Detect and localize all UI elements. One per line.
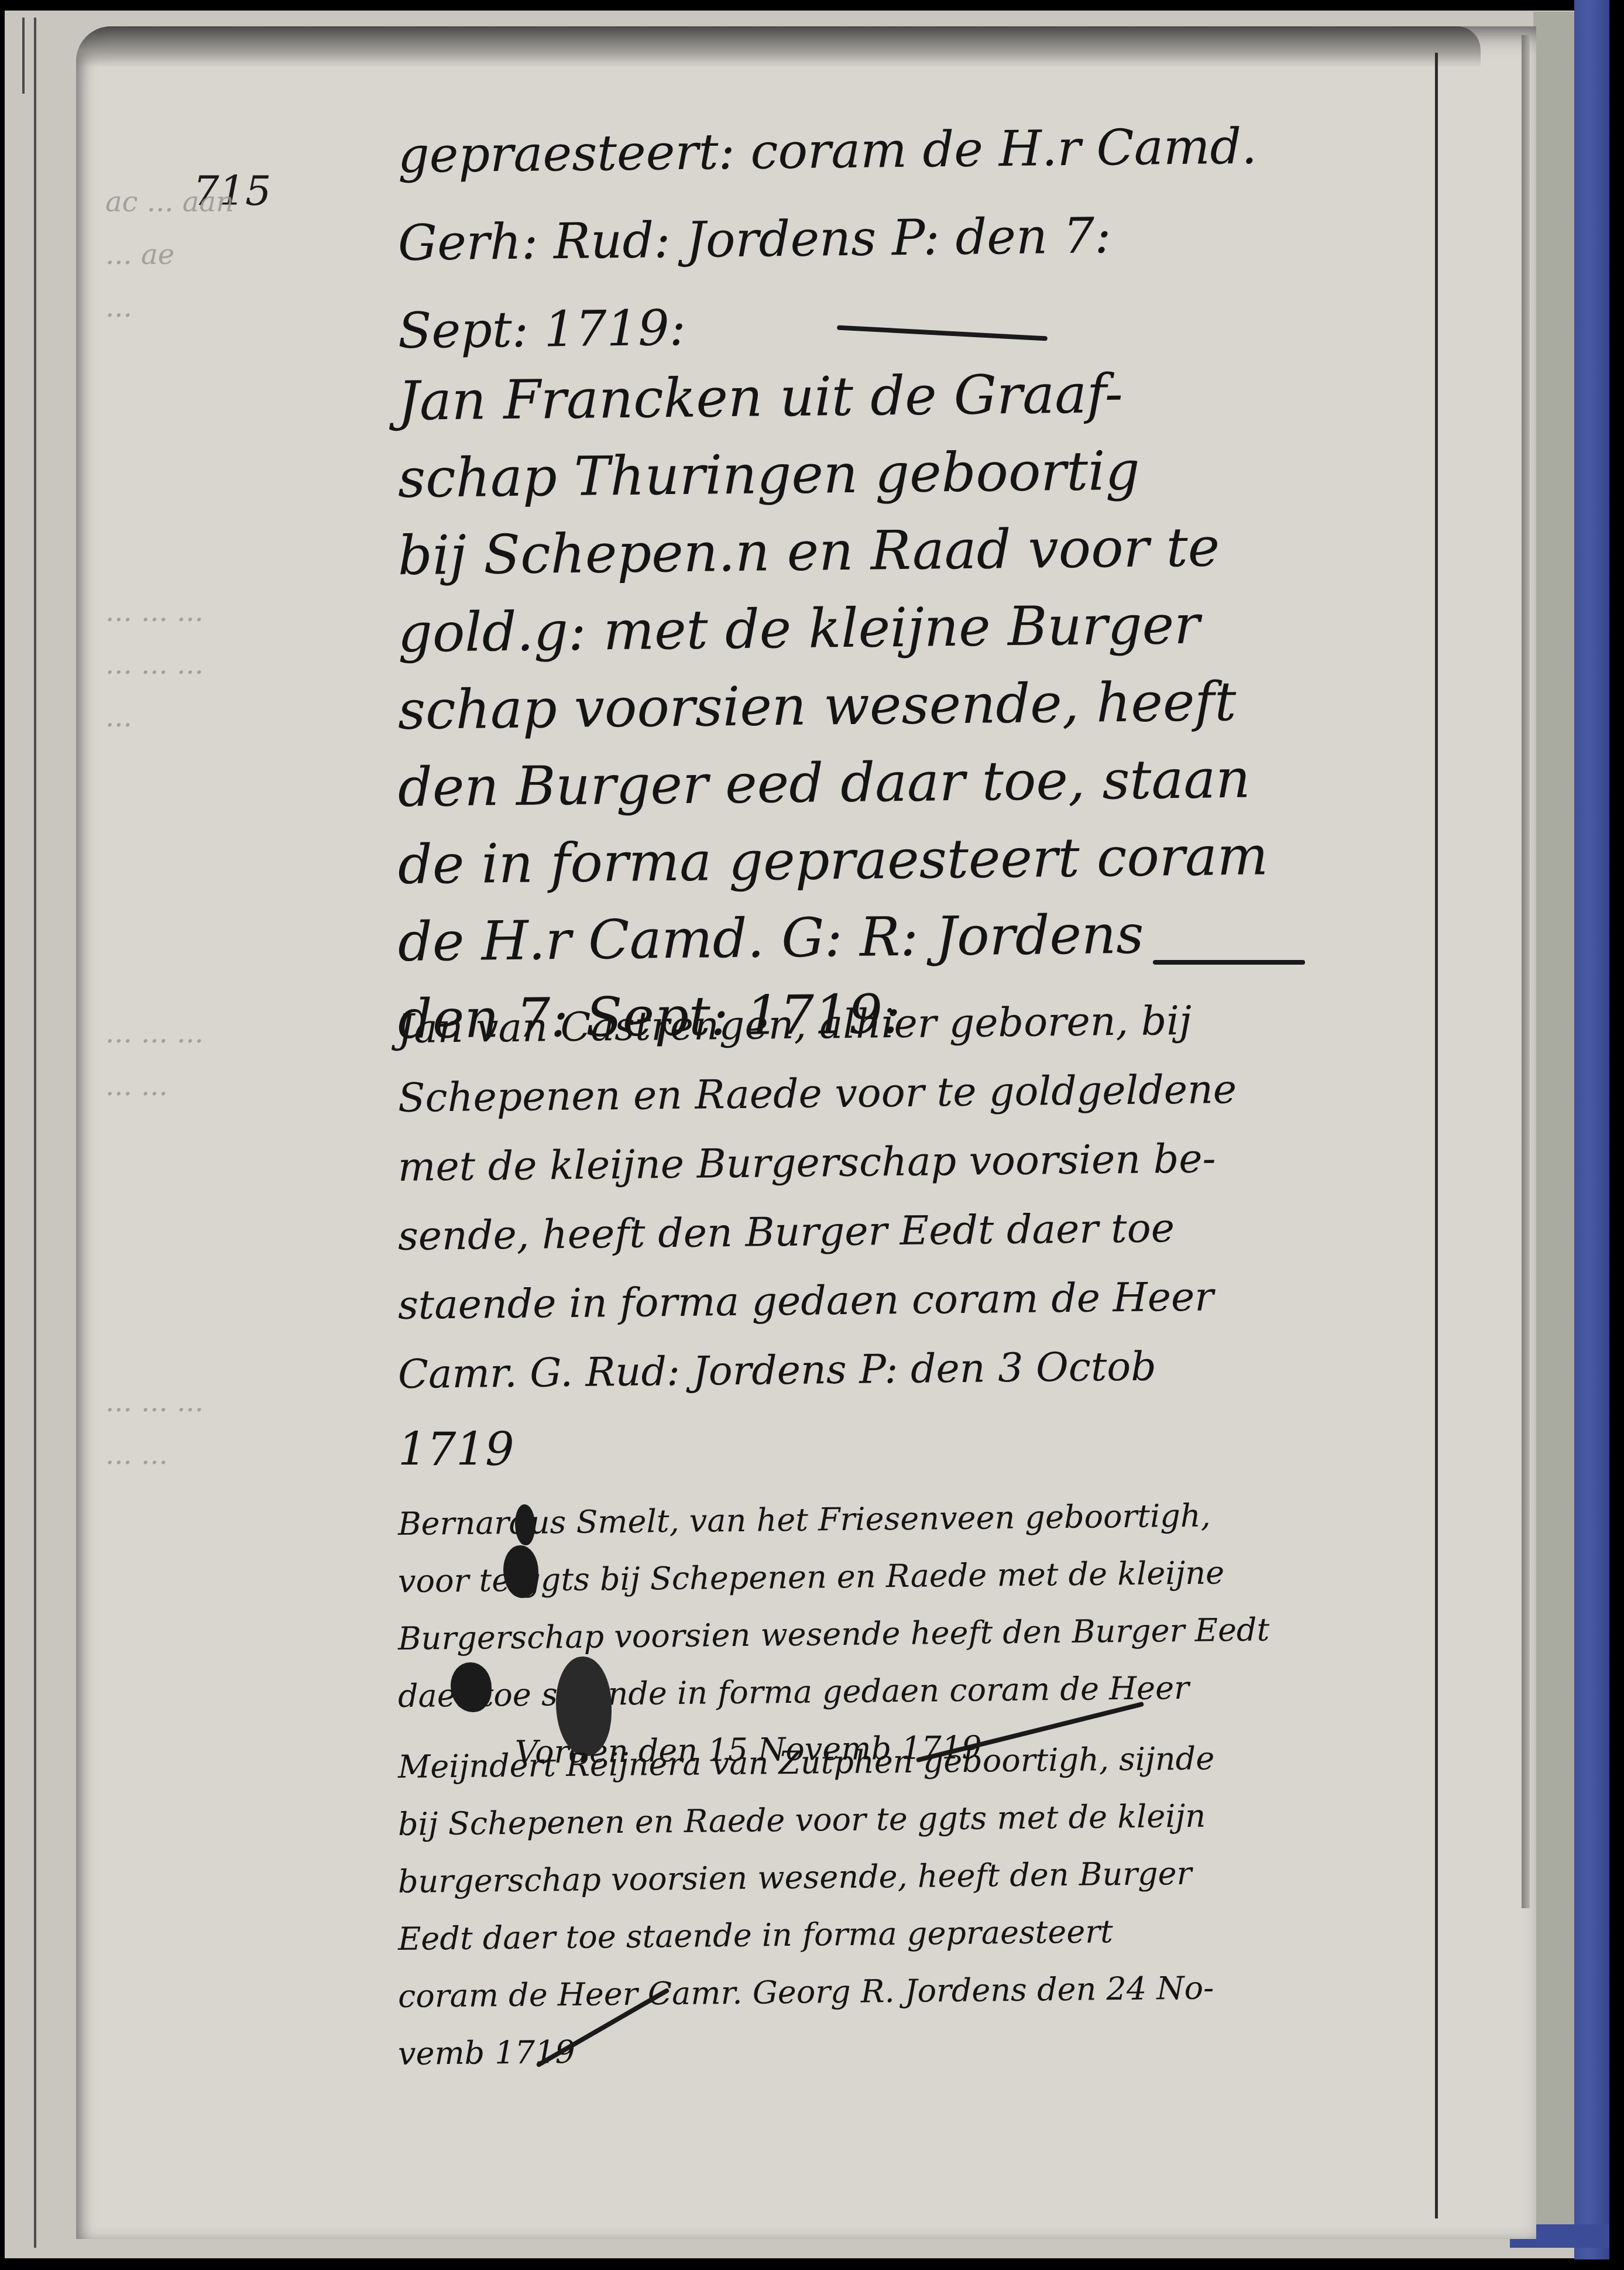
faded-line: ... ... xyxy=(105,1438,168,1471)
entry-line: Meijndert Reijnera van Zutphen geboortig… xyxy=(397,1727,1440,1796)
date-underline-flourish xyxy=(1153,960,1305,965)
entry-line: Schepenen en Raede voor te goldgeldene xyxy=(397,1053,1440,1133)
faded-margin-block-1: ac ... aan ... ae ... xyxy=(105,176,363,334)
entry-line: de in forma gepraesteert coram xyxy=(397,815,1440,904)
entry-line: Burgerschap voorsien wesende heeft den B… xyxy=(397,1599,1440,1668)
register-entry-jan-francken: Jan Francken uit de Graaf- schap Thuring… xyxy=(398,363,1440,1058)
mount-rule-line-2 xyxy=(34,18,36,2248)
entry-line: Jan van Castrengen, alhier geboren, bij xyxy=(397,984,1440,1064)
page-edge-crease xyxy=(1522,35,1530,1908)
entry-line: sende, heeft den Burger Eedt daer toe xyxy=(397,1191,1440,1271)
entry-year: 1719 xyxy=(398,1415,1440,1484)
faded-line: ... xyxy=(105,701,132,733)
entry-line: daer toe staende in forma gedaen coram d… xyxy=(397,1657,1440,1725)
entry-line: vemb 1719 xyxy=(397,2014,1440,2083)
faded-line: ac ... aan xyxy=(105,186,234,218)
entry-line: Bernardus Smelt, van het Friesenveen geb… xyxy=(397,1484,1440,1553)
entry-line: gold.g: met de kleijne Burger xyxy=(397,584,1440,672)
blue-book-binding xyxy=(1574,0,1609,2259)
entry-line: coram de Heer Camr. Georg R. Jordens den… xyxy=(397,1957,1440,2025)
faded-margin-block-2: ... ... ... ... ... ... ... xyxy=(105,585,363,743)
entry-line: den Burger eed daar toe, staan xyxy=(397,738,1440,827)
binding-board xyxy=(1533,12,1575,2230)
mount-rule-line-1 xyxy=(22,18,25,94)
register-entry-meijndert: Meijndert Reijnera van Zutphen geboortig… xyxy=(398,1738,1440,2083)
entry-line: schap voorsien wesende, heeft xyxy=(397,661,1440,749)
torn-top-edge xyxy=(76,26,1481,67)
entry-line: schap Thuringen geboortig xyxy=(397,429,1440,517)
faded-line: ... ... ... xyxy=(105,648,204,681)
faded-line: ... ... ... xyxy=(105,1017,204,1050)
faded-line: ... xyxy=(105,291,132,324)
faded-line: ... ... ... xyxy=(105,1386,204,1418)
entry-line: burgerschap voorsien wesende, heeft den … xyxy=(397,1842,1440,1911)
ink-blot xyxy=(515,1504,535,1545)
entry-line: Camr. G. Rud: Jordens P: den 3 Octob xyxy=(397,1329,1440,1410)
entry-line: Gerh: Rud: Jordens P: den 7: xyxy=(397,188,1440,287)
faded-margin-block-3: ... ... ... ... ... xyxy=(105,1007,363,1112)
faded-line: ... ... ... xyxy=(105,595,204,628)
entry-line: staende in forma gedaen coram de Heer xyxy=(397,1260,1440,1340)
faded-margin-block-4: ... ... ... ... ... xyxy=(105,1376,363,1481)
register-entry-continuation: gepraesteert: coram de H.r Camd. Gerh: R… xyxy=(398,111,1440,375)
register-entry-jan-van-castrengen: Jan van Castrengen, alhier geboren, bij … xyxy=(398,995,1440,1484)
entry-line: bij Schepenen en Raede voor te ggts met … xyxy=(397,1785,1440,1853)
entry-line: met de kleijne Burgerschap voorsien be- xyxy=(397,1122,1440,1202)
entry-line: Eedt daer toe staende in forma gepraeste… xyxy=(397,1899,1440,1968)
ink-blot xyxy=(451,1662,492,1712)
faded-line: ... ... xyxy=(105,1069,168,1102)
faded-line: ... ae xyxy=(105,238,174,271)
entry-line: de H.r Camd. G: R: Jordens xyxy=(397,893,1440,981)
entry-line: bij Schepen.n en Raad voor te xyxy=(397,506,1440,595)
ink-blot xyxy=(503,1545,538,1598)
entry-line: voor te ggts bij Schepenen en Raede met … xyxy=(397,1542,1440,1610)
entry-line: gepraesteert: coram de H.r Camd. xyxy=(397,100,1440,199)
entry-line: Jan Francken uit de Graaf- xyxy=(397,352,1440,440)
